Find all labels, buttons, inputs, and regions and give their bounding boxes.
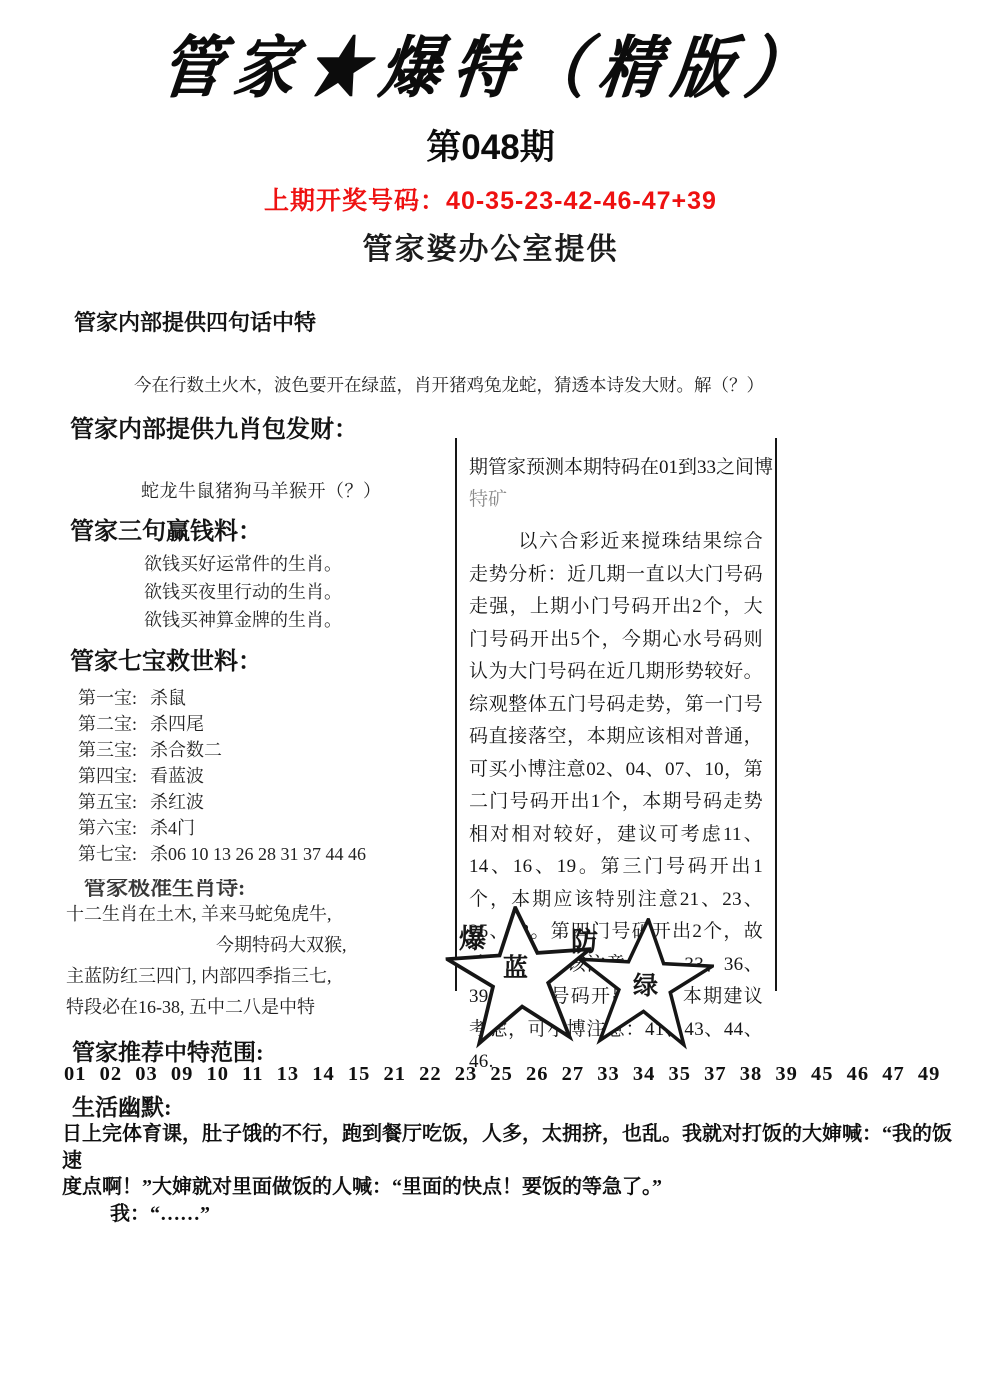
treasure-row: 第五宝: 杀红波 xyxy=(78,789,366,815)
three-sentence-line: 欲钱买好运常件的生肖。 xyxy=(144,550,342,578)
humor-line: 我：“……” xyxy=(62,1201,970,1228)
humor-text: 日上完体育课，肚子饿的不行，跑到餐厅吃饭，人多，太拥挤，也乱。我就对打饭的大婶喊… xyxy=(62,1121,970,1227)
treasure-value: 杀四尾 xyxy=(150,711,204,737)
zodiac-poem-line: 特段必在16-38, 五中二八是中特 xyxy=(66,992,347,1023)
treasure-label: 第四宝: xyxy=(78,763,150,789)
analysis-column: 期管家预测本期特码在01到33之间博 特矿 以六合彩近来搅珠结果综合走势分析：近… xyxy=(455,438,777,991)
three-sentence-lines: 欲钱买好运常件的生肖。 欲钱买夜里行动的生肖。 欲钱买神算金牌的生肖。 xyxy=(144,550,342,634)
treasure-label: 第六宝: xyxy=(78,815,150,841)
treasure-label: 第五宝: xyxy=(78,789,150,815)
nine-zodiac-line: 蛇龙牛鼠猪狗马羊猴开（？） xyxy=(141,477,382,503)
seven-treasures-heading: 管家七宝救世料： xyxy=(70,641,262,676)
zodiac-poem-heading: 管家极准生肖诗: xyxy=(84,879,334,897)
treasure-label: 第二宝: xyxy=(78,711,150,737)
treasure-value: 看蓝波 xyxy=(150,763,204,789)
treasure-value: 杀4门 xyxy=(150,815,195,841)
treasure-row: 第四宝: 看蓝波 xyxy=(78,763,366,789)
treasure-label: 第七宝: xyxy=(78,841,150,867)
treasure-value: 杀鼠 xyxy=(150,685,186,711)
treasure-label: 第一宝: xyxy=(78,685,150,711)
three-sentence-line: 欲钱买神算金牌的生肖。 xyxy=(144,606,342,634)
humor-line: 日上完体育课，肚子饿的不行，跑到餐厅吃饭，人多，太拥挤，也乱。我就对打饭的大婶喊… xyxy=(62,1121,970,1174)
issue-number: 第048期 xyxy=(0,120,981,170)
treasure-value: 杀06 10 13 26 28 31 37 44 46 xyxy=(150,841,366,867)
zodiac-poem-line: 主蓝防红三四门, 内部四季指三七, xyxy=(66,961,347,992)
burst-label: 爆 xyxy=(459,917,486,956)
three-sentence-line: 欲钱买夜里行动的生肖。 xyxy=(144,578,342,606)
treasure-row: 第一宝: 杀鼠 xyxy=(78,685,366,711)
treasure-value: 杀红波 xyxy=(150,789,204,815)
nine-zodiac-heading: 管家内部提供九肖包发财： xyxy=(70,409,358,444)
four-sentence-heading: 管家内部提供四句话中特 xyxy=(74,306,316,337)
analysis-paragraph: 以六合彩近来搅珠结果综合走势分析：近几期一直以大门号码走强，上期小门号码开出2个… xyxy=(469,526,763,1079)
last-draw-numbers: 上期开奖号码：40-35-23-42-46-47+39 xyxy=(0,181,981,217)
treasure-label: 第三宝: xyxy=(78,737,150,763)
treasure-row: 第三宝: 杀合数二 xyxy=(78,737,366,763)
three-sentence-heading: 管家三句赢钱料： xyxy=(70,511,262,546)
treasure-row: 第七宝: 杀06 10 13 26 28 31 37 44 46 xyxy=(78,841,366,867)
tip-sheet-page: 管家★爆特（精版） 第048期 上期开奖号码：40-35-23-42-46-47… xyxy=(0,0,981,1388)
four-sentence-line: 今在行数土火木，波色要开在绿蓝，肖开猪鸡兔龙蛇，猜透本诗发大财。解（？） xyxy=(134,372,764,397)
seven-treasures-list: 第一宝: 杀鼠 第二宝: 杀四尾 第三宝: 杀合数二 第四宝: 看蓝波 第五宝:… xyxy=(78,685,366,867)
analysis-intro-line2: 特矿 xyxy=(469,484,763,516)
humor-heading: 生活幽默: xyxy=(72,1089,172,1122)
guard-label: 防 xyxy=(571,920,598,959)
zodiac-poem-line: 十二生肖在土木, 羊来马蛇兔虎牛, xyxy=(66,899,347,930)
analysis-intro-line1: 期管家预测本期特码在01到33之间博 xyxy=(469,452,763,484)
recommend-numbers: 01 02 03 09 10 11 13 14 15 21 22 23 25 2… xyxy=(64,1063,940,1086)
zodiac-poem-line: 今期特码大双猴, xyxy=(66,930,347,961)
treasure-value: 杀合数二 xyxy=(150,737,222,763)
treasure-row: 第二宝: 杀四尾 xyxy=(78,711,366,737)
treasure-row: 第六宝: 杀4门 xyxy=(78,815,366,841)
provider-line: 管家婆办公室提供 xyxy=(0,224,981,268)
zodiac-poem: 十二生肖在土木, 羊来马蛇兔虎牛, 今期特码大双猴, 主蓝防红三四门, 内部四季… xyxy=(66,899,347,1023)
humor-line: 度点啊！”大婶就对里面做饭的人喊：“里面的快点！要饭的等急了。” xyxy=(62,1174,970,1201)
page-title: 管家★爆特（精版） xyxy=(0,15,981,111)
